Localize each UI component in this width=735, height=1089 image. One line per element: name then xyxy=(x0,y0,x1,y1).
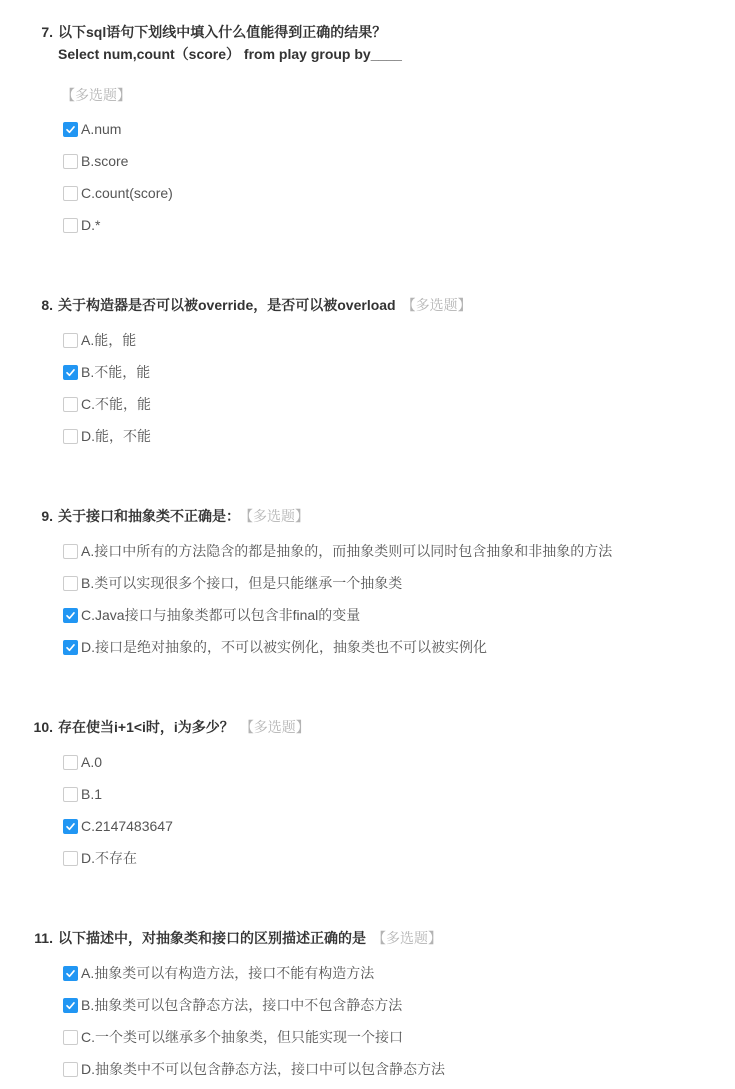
option-label: A.能，能 xyxy=(81,330,136,350)
check-icon xyxy=(65,821,76,832)
option-row[interactable]: D.接口是绝对抽象的，不可以被实例化，抽象类也不可以被实例化 xyxy=(63,637,715,657)
option-label: C.count(score) xyxy=(81,183,173,203)
option-list: A.能，能 B.不能，能 C.不能，能 D.能，不能 xyxy=(58,330,715,446)
checkbox[interactable] xyxy=(63,154,78,169)
option-row[interactable]: D.能，不能 xyxy=(63,426,715,446)
question-body: 以下描述中，对抽象类和接口的区别描述正确的是【多选题】 A.抽象类可以有构造方法… xyxy=(58,927,715,1089)
option-label: C.2147483647 xyxy=(81,816,173,836)
check-icon xyxy=(65,124,76,135)
option-row[interactable]: D.* xyxy=(63,215,715,235)
question-title: 关于构造器是否可以被override，是否可以被overload【多选题】 xyxy=(58,294,715,316)
option-row[interactable]: B.抽象类可以包含静态方法，接口中不包含静态方法 xyxy=(63,995,715,1015)
option-row[interactable]: A.0 xyxy=(63,752,715,772)
option-row[interactable]: B.不能，能 xyxy=(63,362,715,382)
option-label: B.类可以实现很多个接口，但是只能继承一个抽象类 xyxy=(81,573,402,593)
question-title-line: 关于构造器是否可以被override，是否可以被overload【多选题】 xyxy=(58,294,715,316)
question-title-line: 存在使当i+1<i时，i为多少？【多选题】 xyxy=(58,716,715,738)
check-icon xyxy=(65,968,76,979)
checkbox[interactable] xyxy=(63,1062,78,1077)
question: 7. 以下sql语句下划线中填入什么值能得到正确的结果？Select num,c… xyxy=(27,21,715,247)
checkbox[interactable] xyxy=(63,218,78,233)
option-label: B.抽象类可以包含静态方法，接口中不包含静态方法 xyxy=(81,995,402,1015)
option-label: D.能，不能 xyxy=(81,426,151,446)
quiz-page: 7. 以下sql语句下划线中填入什么值能得到正确的结果？Select num,c… xyxy=(0,0,735,1089)
checkbox[interactable] xyxy=(63,544,78,559)
question-number: 11. xyxy=(27,927,53,1089)
checkbox[interactable] xyxy=(63,365,78,380)
option-label: A.0 xyxy=(81,752,102,772)
question-number: 9. xyxy=(27,505,53,669)
option-list: A.num B.score C.count(score) D.* xyxy=(58,119,715,235)
multi-select-tag: 【多选题】 xyxy=(61,85,715,105)
option-label: C.一个类可以继承多个抽象类，但只能实现一个接口 xyxy=(81,1027,403,1047)
option-list: A.0 B.1 C.2147483647 D.不存在 xyxy=(58,752,715,868)
checkbox[interactable] xyxy=(63,755,78,770)
question: 10. 存在使当i+1<i时，i为多少？【多选题】 A.0 B.1 C.2147… xyxy=(27,716,715,880)
multi-select-tag: 【多选题】 xyxy=(372,930,442,946)
question-number: 8. xyxy=(27,294,53,458)
checkbox[interactable] xyxy=(63,429,78,444)
option-row[interactable]: B.1 xyxy=(63,784,715,804)
option-row[interactable]: B.类可以实现很多个接口，但是只能继承一个抽象类 xyxy=(63,573,715,593)
option-row[interactable]: C.2147483647 xyxy=(63,816,715,836)
checkbox[interactable] xyxy=(63,1030,78,1045)
question-title: 以下sql语句下划线中填入什么值能得到正确的结果？Select num,coun… xyxy=(58,21,715,105)
checkbox[interactable] xyxy=(63,851,78,866)
question-title-line: 关于接口和抽象类不正确是：【多选题】 xyxy=(58,505,715,527)
question-title-line: 以下描述中，对抽象类和接口的区别描述正确的是【多选题】 xyxy=(58,927,715,949)
check-icon xyxy=(65,1000,76,1011)
question-title: 存在使当i+1<i时，i为多少？【多选题】 xyxy=(58,716,715,738)
question-number: 7. xyxy=(27,21,53,247)
option-label: C.Java接口与抽象类都可以包含非final的变量 xyxy=(81,605,360,625)
option-label: B.不能，能 xyxy=(81,362,150,382)
option-row[interactable]: A.抽象类可以有构造方法，接口不能有构造方法 xyxy=(63,963,715,983)
question-title: 关于接口和抽象类不正确是：【多选题】 xyxy=(58,505,715,527)
question-body: 以下sql语句下划线中填入什么值能得到正确的结果？Select num,coun… xyxy=(58,21,715,247)
option-label: C.不能，能 xyxy=(81,394,151,414)
option-row[interactable]: D.抽象类中不可以包含静态方法，接口中可以包含静态方法 xyxy=(63,1059,715,1079)
option-label: D.* xyxy=(81,215,100,235)
multi-select-tag: 【多选题】 xyxy=(246,508,309,524)
checkbox[interactable] xyxy=(63,966,78,981)
option-label: A.接口中所有的方法隐含的都是抽象的，而抽象类则可以同时包含抽象和非抽象的方法 xyxy=(81,541,612,561)
option-row[interactable]: D.不存在 xyxy=(63,848,715,868)
option-row[interactable]: C.count(score) xyxy=(63,183,715,203)
question-title-line: Select num,count（score） from play group … xyxy=(58,43,715,65)
question-list: 7. 以下sql语句下划线中填入什么值能得到正确的结果？Select num,c… xyxy=(27,21,715,1089)
check-icon xyxy=(65,642,76,653)
question-title-line: 以下sql语句下划线中填入什么值能得到正确的结果？ xyxy=(58,21,715,43)
check-icon xyxy=(65,367,76,378)
multi-select-tag: 【多选题】 xyxy=(240,719,310,735)
checkbox[interactable] xyxy=(63,186,78,201)
checkbox[interactable] xyxy=(63,576,78,591)
option-label: A.num xyxy=(81,119,121,139)
multi-select-tag: 【多选题】 xyxy=(402,297,472,313)
checkbox[interactable] xyxy=(63,819,78,834)
option-row[interactable]: A.num xyxy=(63,119,715,139)
checkbox[interactable] xyxy=(63,640,78,655)
option-row[interactable]: C.一个类可以继承多个抽象类，但只能实现一个接口 xyxy=(63,1027,715,1047)
option-label: D.接口是绝对抽象的，不可以被实例化，抽象类也不可以被实例化 xyxy=(81,637,487,657)
option-label: A.抽象类可以有构造方法，接口不能有构造方法 xyxy=(81,963,374,983)
question: 11. 以下描述中，对抽象类和接口的区别描述正确的是【多选题】 A.抽象类可以有… xyxy=(27,927,715,1089)
option-label: D.抽象类中不可以包含静态方法，接口中可以包含静态方法 xyxy=(81,1059,445,1079)
checkbox[interactable] xyxy=(63,787,78,802)
option-row[interactable]: A.接口中所有的方法隐含的都是抽象的，而抽象类则可以同时包含抽象和非抽象的方法 xyxy=(63,541,715,561)
option-label: D.不存在 xyxy=(81,848,137,868)
checkbox[interactable] xyxy=(63,397,78,412)
question-body: 关于构造器是否可以被override，是否可以被overload【多选题】 A.… xyxy=(58,294,715,458)
question: 9. 关于接口和抽象类不正确是：【多选题】 A.接口中所有的方法隐含的都是抽象的… xyxy=(27,505,715,669)
question-body: 存在使当i+1<i时，i为多少？【多选题】 A.0 B.1 C.21474836… xyxy=(58,716,715,880)
checkbox[interactable] xyxy=(63,998,78,1013)
option-list: A.接口中所有的方法隐含的都是抽象的，而抽象类则可以同时包含抽象和非抽象的方法 … xyxy=(58,541,715,657)
option-row[interactable]: B.score xyxy=(63,151,715,171)
question-body: 关于接口和抽象类不正确是：【多选题】 A.接口中所有的方法隐含的都是抽象的，而抽… xyxy=(58,505,715,669)
question: 8. 关于构造器是否可以被override，是否可以被overload【多选题】… xyxy=(27,294,715,458)
option-list: A.抽象类可以有构造方法，接口不能有构造方法 B.抽象类可以包含静态方法，接口中… xyxy=(58,963,715,1079)
checkbox[interactable] xyxy=(63,333,78,348)
option-label: B.1 xyxy=(81,784,102,804)
checkbox[interactable] xyxy=(63,122,78,137)
option-row[interactable]: C.Java接口与抽象类都可以包含非final的变量 xyxy=(63,605,715,625)
question-number: 10. xyxy=(27,716,53,880)
check-icon xyxy=(65,610,76,621)
checkbox[interactable] xyxy=(63,608,78,623)
option-label: B.score xyxy=(81,151,128,171)
question-title: 以下描述中，对抽象类和接口的区别描述正确的是【多选题】 xyxy=(58,927,715,949)
option-row[interactable]: C.不能，能 xyxy=(63,394,715,414)
option-row[interactable]: A.能，能 xyxy=(63,330,715,350)
